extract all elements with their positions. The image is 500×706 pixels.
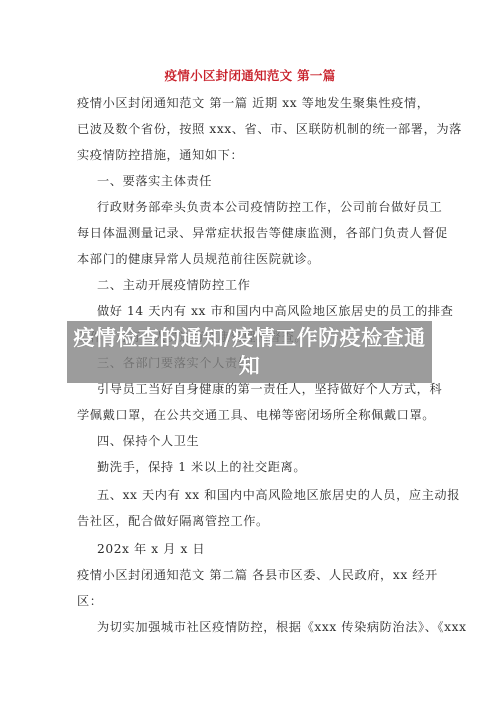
paragraph-line: 区： bbox=[77, 593, 427, 609]
paragraph-line: 疫情小区封闭通知范文 第二篇 各县市区委、人民政府，xx 经开 bbox=[77, 567, 427, 583]
paragraph-line: 为切实加强城市社区疫情防控，根据《xxx 传染病防治法》、《xxx bbox=[97, 619, 447, 635]
paragraph-line: 学佩戴口罩，在公共交通工具、电梯等密闭场所全称佩戴口罩。 bbox=[77, 407, 427, 423]
section-heading-1: 一、要落实主体责任 bbox=[97, 173, 447, 189]
paragraph-line: 每日体温测量记录、异常症状报告等健康监测，各部门负责人督促 bbox=[77, 225, 427, 241]
section-heading-4: 四、保持个人卫生 bbox=[97, 433, 447, 449]
paragraph-line: 疫情小区封闭通知范文 第一篇 近期 xx 等地发生聚集性疫情， bbox=[77, 95, 427, 111]
document-title: 疫情小区封闭通知范文 第一篇 bbox=[0, 66, 500, 84]
title-banner: 疫情检查的通知/疫情工作防疫检查通知 bbox=[67, 321, 432, 383]
paragraph-line: 勤洗手，保持 1 米以上的社交距离。 bbox=[97, 459, 447, 475]
date-line: 202x 年 x 月 x 日 bbox=[97, 541, 447, 557]
section-heading-2: 二、主动开展疫情防控工作 bbox=[97, 277, 447, 293]
paragraph-line: 做好 14 天内有 xx 市和国内中高风险地区旅居史的员工的排查 bbox=[97, 303, 447, 319]
paragraph-line: 本部门的健康异常人员规范前往医院就诊。 bbox=[77, 251, 427, 267]
paragraph-line: 告社区，配合做好隔离管控工作。 bbox=[77, 513, 427, 529]
banner-title: 疫情检查的通知/疫情工作防疫检查通知 bbox=[67, 324, 432, 380]
paragraph-line: 引导员工当好自身健康的第一责任人，坚持做好个人方式，科 bbox=[97, 381, 447, 397]
paragraph-line: 实疫情防控措施，通知如下： bbox=[77, 147, 427, 163]
paragraph-line: 已波及数个省份，按照 xxx、省、市、区联防机制的统一部署，为落 bbox=[77, 121, 427, 137]
paragraph-line: 行政财务部牵头负责本公司疫情防控工作，公司前台做好员工 bbox=[97, 199, 447, 215]
section-heading-5: 五、xx 天内有 xx 和国内中高风险地区旅居史的人员，应主动报 bbox=[97, 487, 447, 503]
